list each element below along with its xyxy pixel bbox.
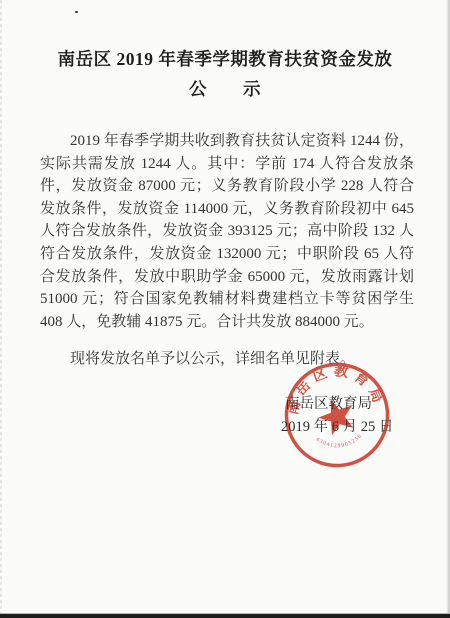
document-title: 南岳区 2019 年春季学期教育扶贫资金发放 公 示 <box>0 44 450 104</box>
signature-date: 2019 年 6 月 25 日 <box>281 416 376 439</box>
scan-speck <box>75 11 78 13</box>
signature-block: 南岳区教育局 2019 年 6 月 25 日 <box>281 393 376 439</box>
signature-organization: 南岳区教育局 <box>281 393 376 416</box>
title-line-2: 公 示 <box>0 74 450 104</box>
document-body: 2019 年春季学期共收到教育扶贫认定资料 1244 份，实际共需发放 1244… <box>40 130 414 371</box>
scan-edge-right <box>446 0 450 618</box>
scan-edge-left <box>0 0 2 618</box>
scanned-notice-page: 南岳区 2019 年春季学期教育扶贫资金发放 公 示 2019 年春季学期共收到… <box>0 0 450 618</box>
body-paragraph: 2019 年春季学期共收到教育扶贫认定资料 1244 份，实际共需发放 1244… <box>40 130 414 333</box>
title-line-1: 南岳区 2019 年春季学期教育扶贫资金发放 <box>0 44 450 74</box>
scan-edge-bottom <box>0 613 450 618</box>
